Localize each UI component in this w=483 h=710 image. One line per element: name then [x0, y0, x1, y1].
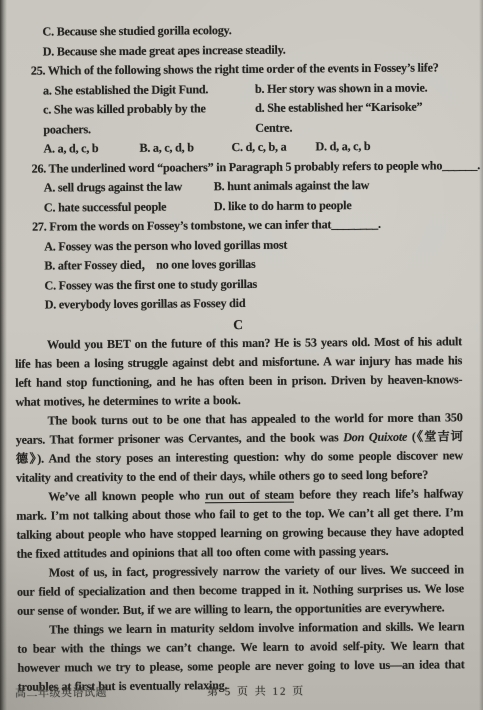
photo-left-edge	[0, 0, 7, 710]
event-item-a: a. She established the Digit Fund.	[43, 79, 255, 100]
questions-section: C. Because she studied gorilla ecology. …	[12, 19, 461, 315]
question-26-stem: 26. The underlined word “poachers” in Pa…	[14, 156, 461, 179]
paragraph-text: We’ve all known people who	[48, 488, 205, 503]
exam-page: C. Because she studied gorilla ecology. …	[0, 0, 483, 710]
choice-d: D. everybody loves gorillas as Fossey di…	[15, 292, 462, 315]
passage-paragraph-1: Would you BET on the future of this man?…	[15, 332, 463, 412]
passage-paragraph-2: The book turns out to be one that has ap…	[15, 408, 463, 488]
choice-c: C. d, c, b, a	[231, 137, 315, 157]
photo-right-edge	[479, 0, 483, 710]
reading-passage: Would you BET on the future of this man?…	[15, 332, 465, 696]
event-item-b: b. Her story was shown in a movie.	[255, 78, 428, 99]
passage-paragraph-3: We’ve all known people who run out of st…	[16, 484, 464, 564]
footer-doc-title: 高二年级英语试题	[15, 684, 107, 701]
footer-page-number: 第 5 页 共 12 页	[207, 682, 305, 699]
choice-b: B. hunt animals against the law	[214, 176, 370, 197]
page-content: C. Because she studied gorilla ecology. …	[0, 0, 483, 696]
book-title-italic: Don Quixote	[343, 429, 407, 444]
event-item-d: d. She established her “Karisoke” Centre…	[255, 97, 460, 138]
event-item-c: c. She was killed probably by the poache…	[43, 99, 255, 140]
question-25-events-row-2: c. She was killed probably by the poache…	[13, 97, 460, 140]
passage-paragraph-4: Most of us, in fact, progressively narro…	[17, 560, 464, 621]
choice-a: A. sell drugs against the law	[44, 177, 214, 198]
choice-a: A. a, d, c, b	[43, 139, 139, 159]
page-footer: 高二年级英语试题 第 5 页 共 12 页	[0, 681, 483, 701]
choice-b: B. a, c, d, b	[139, 138, 231, 158]
choice-c: C. hate successful people	[44, 197, 214, 218]
underlined-phrase: run out of steam	[205, 487, 294, 502]
choice-d: D. d, a, c, b	[315, 137, 370, 157]
choice-d: D. like to do harm to people	[214, 196, 352, 217]
